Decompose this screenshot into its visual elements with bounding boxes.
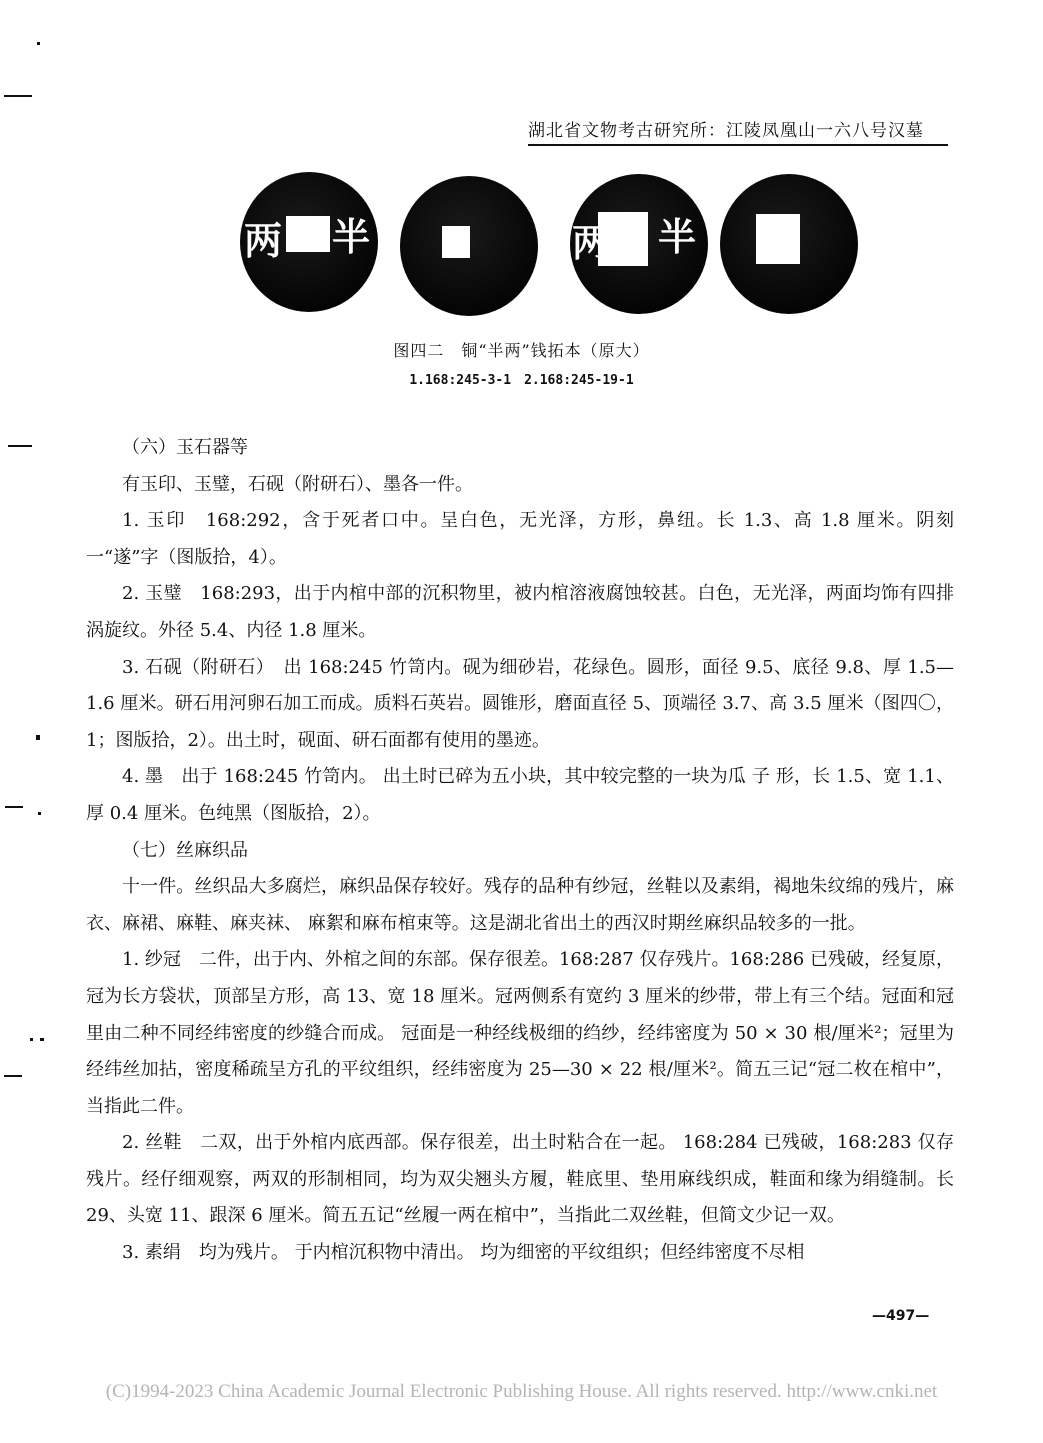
running-header: 湖北省文物考古研究所：江陵凤凰山一六八号汉墓 (528, 116, 948, 146)
paragraph: 1. 玉印 168:292，含于死者口中。呈白色，无光泽，方形，鼻纽。长 1.3… (86, 503, 954, 576)
scan-artifact (40, 1038, 44, 1041)
square-hole (756, 214, 800, 264)
scan-artifact (38, 812, 41, 815)
scan-artifact (4, 95, 32, 97)
coin-2-reverse (720, 174, 858, 314)
coin-rubbings-figure: 两 半 两 半 (240, 172, 860, 322)
paragraph: 2. 丝鞋 二双，出于外棺内底西部。保存很差，出土时粘合在一起。 168:284… (86, 1125, 954, 1235)
square-hole (442, 226, 470, 258)
paragraph: 3. 素绢 均为残片。 于内棺沉积物中清出。 均为细密的平纹组织；但经纬密度不尽… (86, 1235, 954, 1272)
scan-artifact (8, 445, 32, 447)
paragraph: 3. 石砚（附研石） 出 168:245 竹笥内。砚为细砂岩，花绿色。圆形，面径… (86, 650, 954, 760)
coin-glyph: 两 (244, 222, 282, 260)
square-hole (286, 216, 330, 252)
copyright-footer: (C)1994-2023 China Academic Journal Elec… (0, 1381, 1043, 1403)
coin-1-obverse: 两 半 (240, 172, 378, 312)
paragraph: 有玉印、玉璧，石砚（附研石）、墨各一件。 (86, 467, 954, 504)
figure-item-numbers: 1.168:245-3-1 2.168:245-19-1 (0, 369, 1043, 388)
body-text: （六）玉石器等 有玉印、玉璧，石砚（附研石）、墨各一件。 1. 玉印 168:2… (86, 430, 954, 1272)
paragraph: 4. 墨 出于 168:245 竹笥内。 出土时已碎为五小块，其中较完整的一块为… (86, 759, 954, 832)
coin-glyph: 半 (658, 218, 696, 256)
page-number: —497— (872, 1308, 929, 1324)
scan-artifact (36, 735, 40, 740)
section-heading: （七）丝麻织品 (86, 833, 954, 870)
paragraph: 十一件。丝织品大多腐烂，麻织品保存较好。残存的品种有纱冠，丝鞋以及素绢，褐地朱纹… (86, 869, 954, 942)
scan-artifact (37, 42, 40, 45)
paragraph: 1. 纱冠 二件，出于内、外棺之间的东部。保存很差。168:287 仅存残片。1… (86, 942, 954, 1125)
section-heading: （六）玉石器等 (86, 430, 954, 467)
scan-artifact (5, 806, 23, 808)
coin-1-reverse (400, 176, 538, 316)
coin-glyph: 半 (332, 218, 370, 256)
figure-caption: 图四二 铜“半两”钱拓本（原大） (0, 338, 1043, 361)
coin-glyph: 两 (572, 224, 610, 262)
paragraph: 2. 玉璧 168:293，出于内棺中部的沉积物里，被内棺溶液腐蚀较甚。白色，无… (86, 576, 954, 649)
coin-2-obverse: 两 半 (570, 174, 708, 314)
scan-artifact (30, 1038, 33, 1041)
scan-artifact (4, 1075, 22, 1077)
